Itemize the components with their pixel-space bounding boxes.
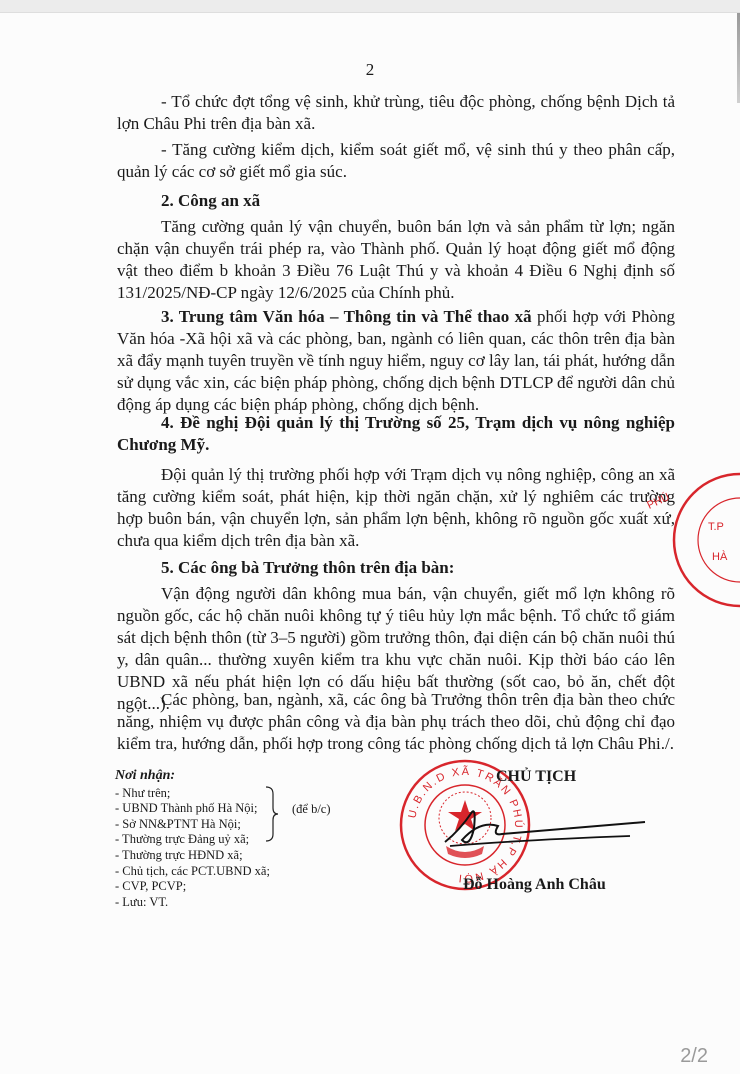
- signer-title: CHỦ TỊCH: [496, 768, 576, 786]
- paragraph-text: Các phòng, ban, ngành, xã, các ông bà Tr…: [117, 690, 675, 753]
- closing-paragraph: Các phòng, ban, ngành, xã, các ông bà Tr…: [117, 689, 675, 755]
- brace-icon: [265, 786, 279, 842]
- paragraph-sanitation: - Tổ chức đợt tổng vệ sinh, khử trùng, t…: [117, 91, 675, 135]
- section-4-body: Đội quản lý thị trường phối hợp với Trạm…: [117, 464, 675, 552]
- paragraph-quarantine: - Tăng cường kiểm dịch, kiểm soát giết m…: [117, 139, 675, 183]
- edge-seal-icon: PHÚ T.P HÀ: [640, 470, 740, 610]
- section-5-heading: 5. Các ông bà Trưởng thôn trên địa bàn:: [117, 557, 675, 579]
- recipient-item: - Thường trực HĐND xã;: [115, 848, 355, 864]
- signer-name: Đỗ Hoàng Anh Châu: [463, 876, 606, 894]
- page-counter: 2/2: [680, 1045, 708, 1068]
- heading-text: 4. Đề nghị Đội quản lý thị Trường số 25,…: [117, 413, 675, 454]
- recipient-item: - Thường trực Đảng uỷ xã;: [115, 832, 355, 848]
- report-note: (để b/c): [292, 802, 331, 817]
- recipients-title: Nơi nhận:: [115, 768, 355, 784]
- paragraph-text: Đội quản lý thị trường phối hợp với Trạm…: [117, 465, 675, 550]
- heading-text: 2. Công an xã: [161, 191, 260, 210]
- section-3: 3. Trung tâm Văn hóa – Thông tin và Thể …: [117, 306, 675, 416]
- section-4-heading: 4. Đề nghị Đội quản lý thị Trường số 25,…: [117, 412, 675, 456]
- section-2-heading: 2. Công an xã: [117, 190, 675, 212]
- paragraph-text: - Tăng cường kiểm dịch, kiểm soát giết m…: [117, 140, 675, 181]
- recipient-item: - Sở NN&PTNT Hà Nội;: [115, 817, 355, 833]
- viewer-top-bar: [0, 0, 740, 13]
- svg-text:HÀ: HÀ: [712, 550, 728, 563]
- recipient-item: - CVP, PCVP;: [115, 879, 355, 895]
- heading-text: 3. Trung tâm Văn hóa – Thông tin và Thể …: [161, 307, 532, 326]
- recipient-item: - Lưu: VT.: [115, 895, 355, 911]
- heading-text: 5. Các ông bà Trưởng thôn trên địa bàn:: [161, 558, 454, 577]
- svg-text:PHÚ: PHÚ: [645, 490, 672, 512]
- recipients-list: Nơi nhận: - Như trên; - UBND Thành phố H…: [115, 768, 355, 910]
- svg-text:T.P: T.P: [708, 521, 724, 533]
- paragraph-text: - Tổ chức đợt tổng vệ sinh, khử trùng, t…: [117, 92, 675, 133]
- section-2-body: Tăng cường quản lý vận chuyển, buôn bán …: [117, 216, 675, 304]
- page-number: 2: [0, 60, 740, 80]
- signature-icon: [440, 800, 650, 860]
- recipient-item: - Chủ tịch, các PCT.UBND xã;: [115, 864, 355, 880]
- recipient-item: - Như trên;: [115, 786, 355, 802]
- paragraph-text: Tăng cường quản lý vận chuyển, buôn bán …: [117, 217, 675, 302]
